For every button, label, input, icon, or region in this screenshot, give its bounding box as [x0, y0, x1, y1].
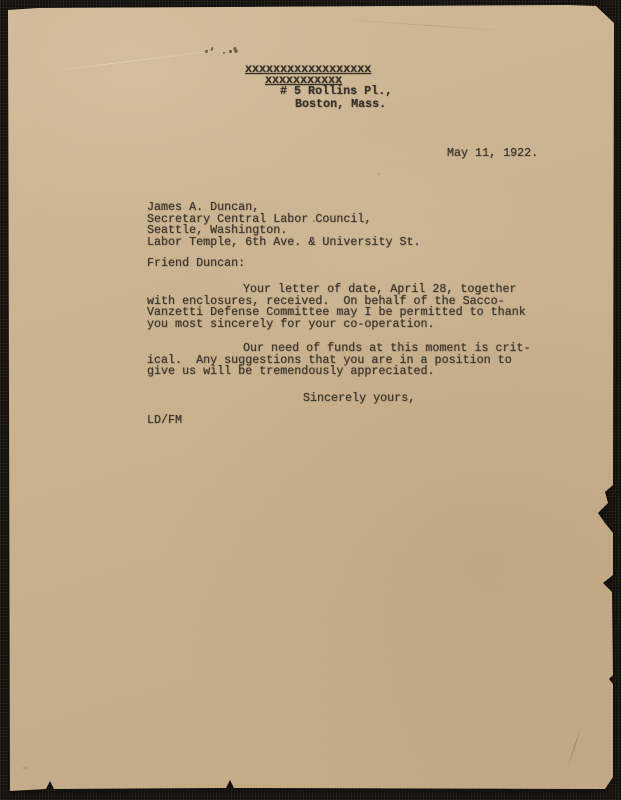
paper-scratch: [567, 724, 583, 770]
sender-address-line-1: # 5 Rollins Pl.,: [280, 86, 392, 98]
sender-address-line-2: Boston, Mass.: [295, 99, 386, 111]
date-line: May 11, 1922.: [447, 148, 538, 160]
salutation: Friend Duncan:: [147, 258, 245, 270]
body-paragraph-1-line-4: you most sincerely for your co-operation…: [147, 319, 435, 331]
paper-crease: [338, 19, 518, 33]
body-paragraph-2-line-3: give us will be tremendously appreciated…: [147, 366, 435, 378]
closing: Sincerely yours,: [303, 393, 415, 405]
typist-initials: LD/FM: [147, 415, 182, 427]
recipient-street: Labor Temple, 6th Ave. & University St.: [147, 237, 421, 249]
paper-stain: [22, 765, 29, 771]
paper-speck: [378, 173, 380, 175]
letter-paper-wrap: xxxxxxxxxxxxxxxxxx xxxxxxxxxxx # 5 Rolli…: [8, 5, 614, 794]
scan-background: { "document": { "kind": "typewritten-let…: [0, 0, 621, 800]
letter-paper: xxxxxxxxxxxxxxxxxx xxxxxxxxxxx # 5 Rolli…: [8, 5, 614, 794]
